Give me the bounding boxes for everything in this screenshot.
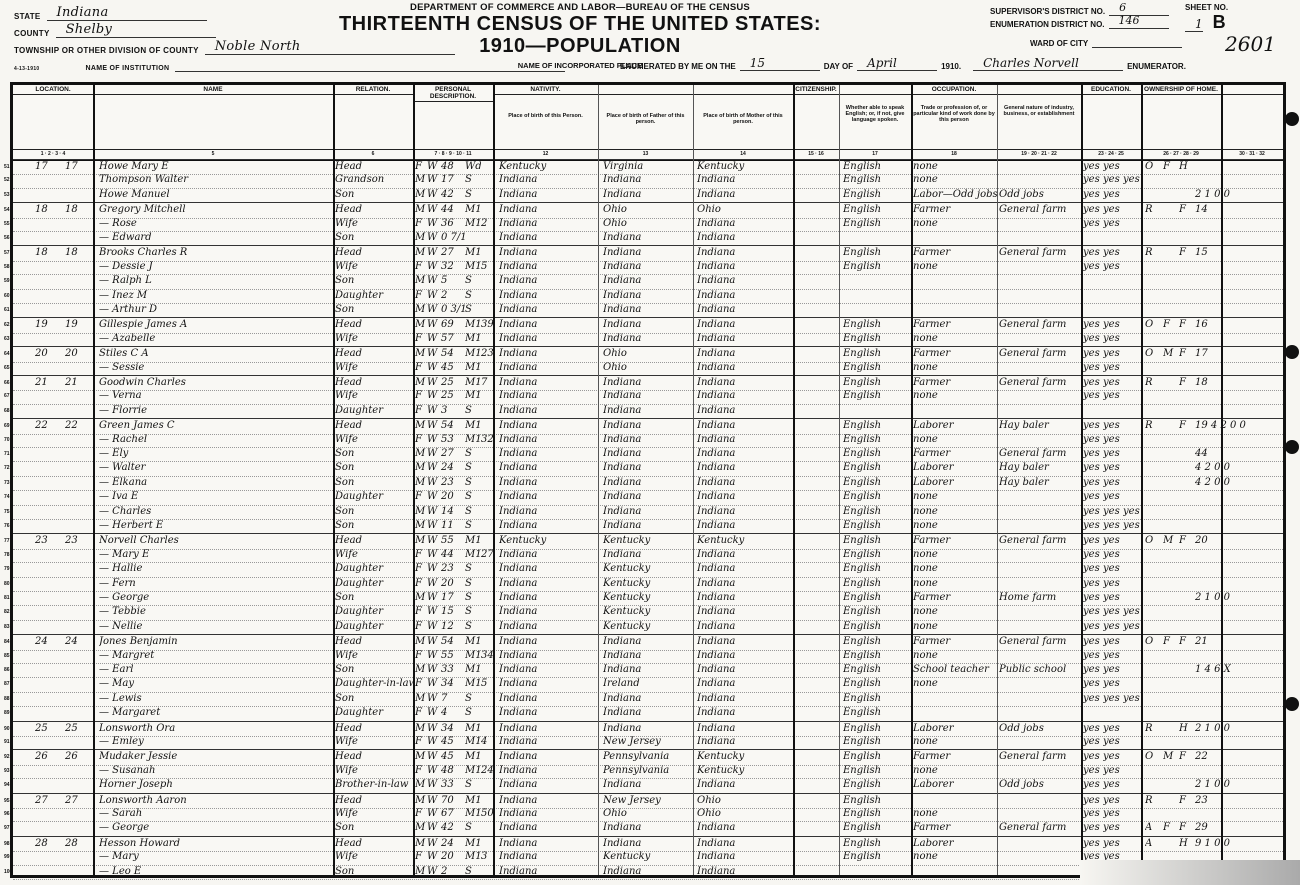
age: 44: [441, 203, 465, 217]
farm-house: [1179, 188, 1193, 202]
trade: Farmer: [913, 534, 997, 548]
language: English: [843, 750, 911, 764]
farm-house: F: [1179, 318, 1193, 332]
dwelling-number: 21: [35, 376, 63, 390]
owned-rented: [1145, 332, 1161, 346]
owned-rented: [1145, 692, 1161, 706]
farm-house: [1179, 332, 1193, 346]
line-number: 86: [4, 663, 10, 677]
attended-school: yes: [1123, 692, 1141, 706]
free-mortgaged: [1163, 361, 1177, 375]
age: 33: [441, 663, 465, 677]
language: English: [843, 246, 911, 260]
owned-rented: [1145, 260, 1161, 274]
marital-status: S: [465, 591, 481, 605]
birthplace-father: Indiana: [603, 476, 693, 490]
owned-rented: [1145, 303, 1161, 317]
farm-schedule: [1195, 404, 1283, 418]
person-name: — Sessie: [99, 361, 331, 375]
person-name: — Margaret: [99, 706, 331, 720]
relation: Wife: [335, 548, 413, 562]
trade: Laborer: [913, 476, 997, 490]
farm-house: [1179, 303, 1193, 317]
enumeration-district-number: 146: [1109, 14, 1169, 29]
col-birth-father: Place of birth of Father of this person.…: [598, 85, 694, 159]
sex: M: [415, 794, 427, 808]
language: English: [843, 562, 911, 576]
birthplace-father: Pennsylvania: [603, 764, 693, 778]
person-name: — Rose: [99, 217, 331, 231]
can-write: [1103, 404, 1123, 418]
line-number: 55: [4, 217, 10, 231]
family-number: [65, 332, 91, 346]
can-read: yes: [1083, 677, 1103, 691]
free-mortgaged: [1163, 188, 1177, 202]
birthplace-father: New Jersey: [603, 735, 693, 749]
sex: F: [415, 433, 427, 447]
col-language: Whether able to speak English; or, if no…: [839, 85, 912, 159]
owned-rented: [1145, 807, 1161, 821]
years-married: 3: [481, 850, 493, 864]
attended-school: [1123, 794, 1141, 808]
birthplace-mother: Indiana: [697, 376, 793, 390]
dwelling-number: [35, 173, 63, 187]
trade: School teacher: [913, 663, 997, 677]
birthplace-mother: Indiana: [697, 289, 793, 303]
family-number: [65, 677, 91, 691]
birthplace-father: Indiana: [603, 548, 693, 562]
birthplace-mother: Indiana: [697, 461, 793, 475]
page-title: THIRTEENTH CENSUS OF THE UNITED STATES: …: [320, 13, 840, 57]
enumeration-district-label: ENUMERATION DISTRICT NO.: [990, 20, 1105, 29]
birthplace-father: Indiana: [603, 188, 693, 202]
birthplace-person: Indiana: [499, 706, 599, 720]
marital-status: S: [465, 476, 481, 490]
birthplace-father: Ireland: [603, 677, 693, 691]
owned-rented: [1145, 706, 1161, 720]
farm-house: F: [1179, 347, 1193, 361]
free-mortgaged: [1163, 447, 1177, 461]
dwelling-number: 22: [35, 419, 63, 433]
farm-schedule: [1195, 677, 1283, 691]
age: 55: [441, 649, 465, 663]
can-write: [1103, 303, 1123, 317]
attended-school: [1123, 476, 1141, 490]
years-married: [481, 289, 493, 303]
free-mortgaged: [1163, 591, 1177, 605]
can-write: yes: [1103, 649, 1123, 663]
table-row: 67— VernaWifeFW25M1IndianaIndianaIndiana…: [13, 389, 1283, 404]
farm-house: [1179, 649, 1193, 663]
attended-school: [1123, 376, 1141, 390]
free-mortgaged: [1163, 649, 1177, 663]
industry: Hay baler: [999, 419, 1079, 433]
industry: [999, 605, 1079, 619]
free-mortgaged: [1163, 376, 1177, 390]
industry: [999, 577, 1079, 591]
relation: Wife: [335, 389, 413, 403]
family-number: [65, 274, 91, 288]
line-number: 58: [4, 260, 10, 274]
trade: none: [913, 577, 997, 591]
attended-school: [1123, 722, 1141, 736]
birthplace-person: Indiana: [499, 778, 599, 792]
can-write: yes: [1103, 376, 1123, 390]
owned-rented: R: [1145, 419, 1161, 433]
farm-schedule: [1195, 764, 1283, 778]
marital-status: S: [465, 289, 481, 303]
can-read: yes: [1083, 764, 1103, 778]
birthplace-father: New Jersey: [603, 794, 693, 808]
birthplace-father: Indiana: [603, 692, 693, 706]
dwelling-number: [35, 821, 63, 835]
owned-rented: [1145, 289, 1161, 303]
age: 54: [441, 635, 465, 649]
marital-status: M1: [465, 794, 481, 808]
relation: Son: [335, 461, 413, 475]
owned-rented: [1145, 231, 1161, 245]
age: 67: [441, 807, 465, 821]
attended-school: [1123, 577, 1141, 591]
birthplace-mother: Indiana: [697, 591, 793, 605]
relation: Wife: [335, 850, 413, 864]
dwelling-number: [35, 389, 63, 403]
race: W: [427, 476, 441, 490]
trade: [913, 404, 997, 418]
line-number: 96: [4, 807, 10, 821]
race: W: [427, 764, 441, 778]
marital-status: S: [465, 519, 481, 533]
person-name: Hesson Howard: [99, 837, 331, 851]
table-row: 93— SusanahWifeFW48M124IndianaPennsylvan…: [13, 764, 1283, 779]
sex: M: [415, 591, 427, 605]
sex: M: [415, 663, 427, 677]
line-number: 66: [4, 376, 10, 390]
attended-school: [1123, 635, 1141, 649]
free-mortgaged: [1163, 519, 1177, 533]
age: 15: [441, 605, 465, 619]
dwelling-number: [35, 649, 63, 663]
table-row: 60— Inez MDaughterFW2SIndianaIndianaIndi…: [13, 289, 1283, 304]
birthplace-mother: Indiana: [697, 778, 793, 792]
can-write: yes: [1103, 794, 1123, 808]
trade: none: [913, 505, 997, 519]
age: 2: [441, 865, 465, 879]
person-name: — Hallie: [99, 562, 331, 576]
family-number: 25: [65, 722, 91, 736]
marital-status: M1: [465, 635, 481, 649]
relation: Head: [335, 837, 413, 851]
years-married: [481, 476, 493, 490]
age: 32: [441, 260, 465, 274]
birthplace-mother: Indiana: [697, 231, 793, 245]
birthplace-person: Indiana: [499, 649, 599, 663]
industry: [999, 837, 1079, 851]
farm-schedule: 19 4 2 0 0: [1195, 419, 1283, 433]
farm-schedule: [1195, 505, 1283, 519]
person-name: — Iva E: [99, 490, 331, 504]
township-label: TOWNSHIP OR OTHER DIVISION OF COUNTY: [14, 46, 199, 55]
sex: M: [415, 692, 427, 706]
line-number: 82: [4, 605, 10, 619]
language: English: [843, 807, 911, 821]
birthplace-person: Indiana: [499, 635, 599, 649]
can-read: yes: [1083, 332, 1103, 346]
can-write: yes: [1103, 203, 1123, 217]
can-write: yes: [1103, 188, 1123, 202]
person-name: Stiles C A: [99, 347, 331, 361]
race: W: [427, 332, 441, 346]
dwelling-number: [35, 303, 63, 317]
relation: Son: [335, 663, 413, 677]
relation: Head: [335, 318, 413, 332]
family-number: 23: [65, 534, 91, 548]
attended-school: [1123, 807, 1141, 821]
farm-schedule: 2 1 0 0: [1195, 722, 1283, 736]
relation: Wife: [335, 260, 413, 274]
family-number: [65, 303, 91, 317]
marital-status: M1: [465, 419, 481, 433]
can-read: yes: [1083, 577, 1103, 591]
years-married: [481, 303, 493, 317]
can-read: yes: [1083, 548, 1103, 562]
attended-school: [1123, 548, 1141, 562]
age: 34: [441, 722, 465, 736]
birthplace-mother: Indiana: [697, 347, 793, 361]
industry: General farm: [999, 534, 1079, 548]
can-read: yes: [1083, 318, 1103, 332]
birthplace-mother: Indiana: [697, 577, 793, 591]
language: English: [843, 764, 911, 778]
owned-rented: [1145, 548, 1161, 562]
can-write: yes: [1103, 837, 1123, 851]
farm-house: F: [1179, 246, 1193, 260]
language: English: [843, 677, 911, 691]
sex: M: [415, 865, 427, 879]
language: English: [843, 663, 911, 677]
race: W: [427, 246, 441, 260]
birthplace-person: Indiana: [499, 605, 599, 619]
grid-line: [997, 85, 998, 875]
sex: M: [415, 347, 427, 361]
can-write: yes: [1103, 591, 1123, 605]
owned-rented: [1145, 389, 1161, 403]
birthplace-person: Indiana: [499, 620, 599, 634]
owned-rented: O: [1145, 318, 1161, 332]
family-number: [65, 663, 91, 677]
birthplace-mother: Indiana: [697, 620, 793, 634]
birthplace-mother: Ohio: [697, 203, 793, 217]
farm-schedule: 2 1 0 0: [1195, 591, 1283, 605]
trade: Farmer: [913, 591, 997, 605]
person-name: — Ralph L: [99, 274, 331, 288]
can-read: [1083, 231, 1103, 245]
language: English: [843, 649, 911, 663]
person-name: Goodwin Charles: [99, 376, 331, 390]
birthplace-person: Indiana: [499, 447, 599, 461]
language: English: [843, 534, 911, 548]
dwelling-number: [35, 807, 63, 821]
birthplace-person: Indiana: [499, 865, 599, 879]
owned-rented: [1145, 519, 1161, 533]
farm-house: [1179, 433, 1193, 447]
years-married: [481, 778, 493, 792]
dwelling-number: 24: [35, 635, 63, 649]
marital-status: S: [465, 274, 481, 288]
sex: M: [415, 274, 427, 288]
line-number: 74: [4, 490, 10, 504]
sex: M: [415, 447, 427, 461]
marital-status: M1: [465, 376, 481, 390]
can-read: yes: [1083, 188, 1103, 202]
can-read: yes: [1083, 649, 1103, 663]
attended-school: [1123, 347, 1141, 361]
farm-house: H: [1179, 837, 1193, 851]
can-write: yes: [1103, 332, 1123, 346]
industry: [999, 433, 1079, 447]
race: W: [427, 706, 441, 720]
trade: [913, 865, 997, 879]
free-mortgaged: [1163, 837, 1177, 851]
table-row: 79— HallieDaughterFW23SIndianaKentuckyIn…: [13, 562, 1283, 577]
years-married: [481, 722, 493, 736]
race: W: [427, 173, 441, 187]
dwelling-number: [35, 217, 63, 231]
trade: none: [913, 677, 997, 691]
age: 2: [441, 289, 465, 303]
dwelling-number: [35, 577, 63, 591]
free-mortgaged: [1163, 476, 1177, 490]
attended-school: [1123, 447, 1141, 461]
language: English: [843, 203, 911, 217]
industry: Home farm: [999, 591, 1079, 605]
sex: F: [415, 548, 427, 562]
dwelling-number: [35, 677, 63, 691]
line-number: 90: [4, 722, 10, 736]
table-row: 78— Mary EWifeFW44M127IndianaIndianaIndi…: [13, 548, 1283, 563]
birthplace-mother: Indiana: [697, 865, 793, 879]
years-married: [481, 231, 493, 245]
can-write: yes: [1103, 692, 1123, 706]
sex: F: [415, 332, 427, 346]
owned-rented: [1145, 274, 1161, 288]
birthplace-mother: Indiana: [697, 677, 793, 691]
age: 25: [441, 376, 465, 390]
marital-status: M1: [465, 217, 481, 231]
age: 42: [441, 821, 465, 835]
birthplace-father: Indiana: [603, 706, 693, 720]
marital-status: S: [465, 447, 481, 461]
age: 12: [441, 620, 465, 634]
race: W: [427, 505, 441, 519]
can-write: yes: [1103, 821, 1123, 835]
person-name: — Azabelle: [99, 332, 331, 346]
years-married: 7: [481, 376, 493, 390]
owned-rented: [1145, 173, 1161, 187]
sex: M: [415, 750, 427, 764]
farm-house: F: [1179, 534, 1193, 548]
line-number: 64: [4, 347, 10, 361]
line-number: 77: [4, 534, 10, 548]
person-name: Norvell Charles: [99, 534, 331, 548]
attended-school: [1123, 591, 1141, 605]
family-number: [65, 217, 91, 231]
can-read: yes: [1083, 347, 1103, 361]
line-number: 92: [4, 750, 10, 764]
person-name: Howe Manuel: [99, 188, 331, 202]
sex: F: [415, 160, 427, 174]
birthplace-father: Indiana: [603, 821, 693, 835]
sex: F: [415, 850, 427, 864]
relation: Head: [335, 794, 413, 808]
language: English: [843, 173, 911, 187]
grid-line: [333, 85, 335, 875]
line-number: 54: [4, 203, 10, 217]
race: W: [427, 404, 441, 418]
birthplace-father: Kentucky: [603, 620, 693, 634]
birthplace-mother: Indiana: [697, 837, 793, 851]
person-name: Green James C: [99, 419, 331, 433]
years-married: 23: [481, 347, 493, 361]
dwelling-number: [35, 620, 63, 634]
table-row: 82— TebbieDaughterFW15SIndianaKentuckyIn…: [13, 605, 1283, 620]
years-married: [481, 534, 493, 548]
birthplace-mother: Indiana: [697, 548, 793, 562]
dwelling-number: [35, 591, 63, 605]
free-mortgaged: F: [1163, 160, 1177, 174]
dwelling-number: [35, 505, 63, 519]
farm-house: H: [1179, 160, 1193, 174]
line-number: 59: [4, 274, 10, 288]
marital-status: S: [465, 303, 481, 317]
line-number: 60: [4, 289, 10, 303]
table-row: 87— MayDaughter-in-lawFW34M15IndianaIrel…: [13, 677, 1283, 692]
attended-school: [1123, 389, 1141, 403]
can-write: [1103, 274, 1123, 288]
birthplace-father: Virginia: [603, 160, 693, 174]
person-name: — Elkana: [99, 476, 331, 490]
free-mortgaged: [1163, 548, 1177, 562]
free-mortgaged: [1163, 260, 1177, 274]
line-number: 57: [4, 246, 10, 260]
birthplace-father: Indiana: [603, 419, 693, 433]
dwelling-number: [35, 188, 63, 202]
line-number: 53: [4, 188, 10, 202]
family-number: [65, 505, 91, 519]
age: 0 7/12: [441, 231, 465, 245]
dwelling-number: [35, 605, 63, 619]
birthplace-father: Kentucky: [603, 577, 693, 591]
table-row: 80— FernDaughterFW20SIndianaKentuckyIndi…: [13, 577, 1283, 592]
grid-line: [413, 85, 415, 875]
person-name: — Arthur D: [99, 303, 331, 317]
attended-school: [1123, 534, 1141, 548]
trade: none: [913, 217, 997, 231]
dwelling-number: [35, 476, 63, 490]
person-name: — Florrie: [99, 404, 331, 418]
dwelling-number: [35, 490, 63, 504]
trade: none: [913, 562, 997, 576]
birthplace-person: Indiana: [499, 404, 599, 418]
col-extra: 30 · 31 · 32: [1221, 85, 1283, 159]
attended-school: yes: [1123, 173, 1141, 187]
can-read: yes: [1083, 505, 1103, 519]
dwelling-number: [35, 519, 63, 533]
punch-hole: [1285, 440, 1299, 454]
age: 7: [441, 692, 465, 706]
farm-schedule: [1195, 577, 1283, 591]
owned-rented: [1145, 188, 1161, 202]
